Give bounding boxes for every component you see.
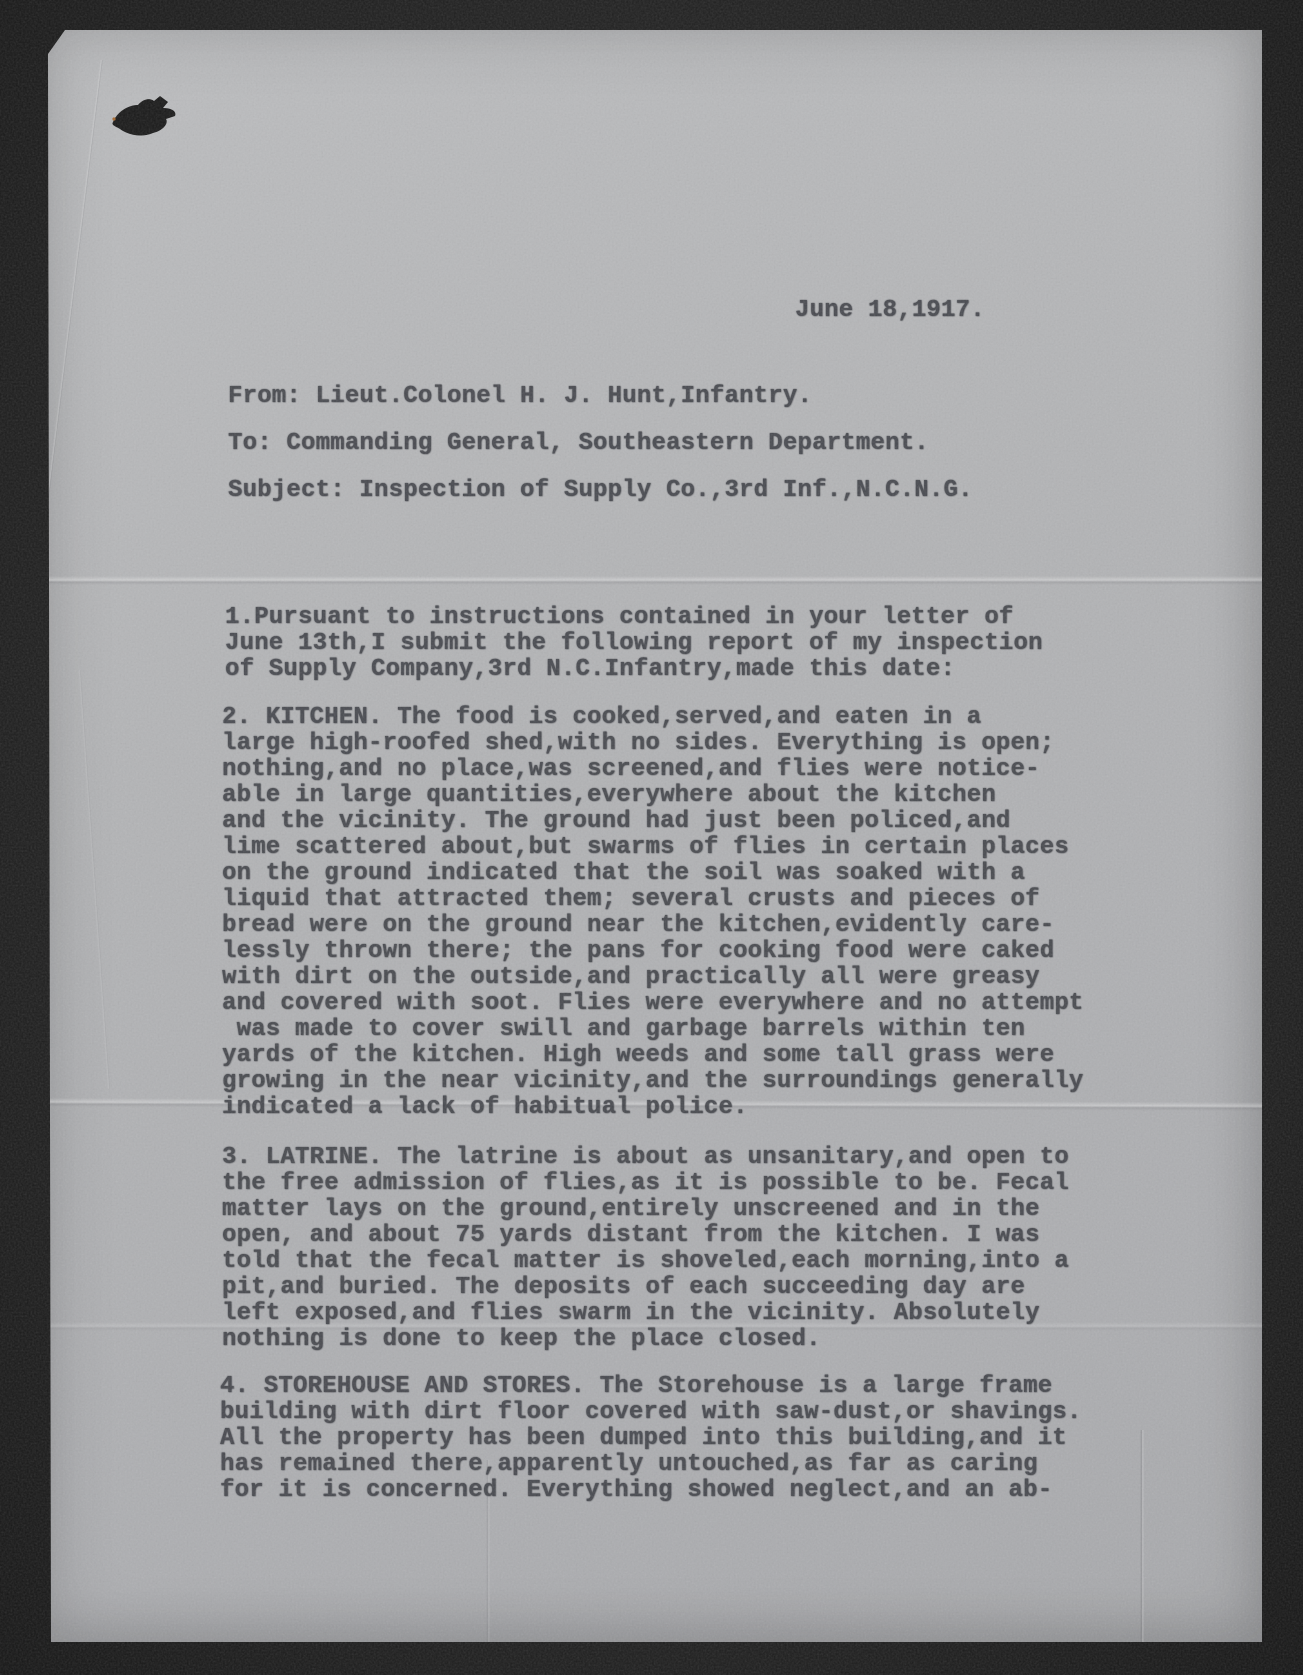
torn-hole: [110, 92, 188, 146]
paragraph-1: 1.Pursuant to instructions contained in …: [225, 605, 1043, 683]
paper-crease: [34, 60, 103, 596]
date-line: June 18,1917.: [795, 298, 985, 324]
fold-crease: [48, 576, 1262, 585]
document-page: June 18,1917. From: Lieut.Colonel H. J. …: [48, 30, 1262, 1642]
paragraph-3-latrine: 3. LATRINE. The latrine is about as unsa…: [222, 1145, 1069, 1353]
paragraph-4-storehouse: 4. STOREHOUSE AND STORES. The Storehouse…: [220, 1374, 1082, 1504]
paragraph-2-kitchen: 2. KITCHEN. The food is cooked,served,an…: [222, 705, 1084, 1121]
subject-line: Subject: Inspection of Supply Co.,3rd In…: [228, 478, 973, 504]
scan-background: June 18,1917. From: Lieut.Colonel H. J. …: [0, 0, 1303, 1675]
paper-crease: [1140, 1430, 1144, 1642]
paper-crease: [78, 670, 110, 1089]
from-line: From: Lieut.Colonel H. J. Hunt,Infantry.: [228, 384, 812, 410]
to-line: To: Commanding General, Southeastern Dep…: [228, 431, 929, 457]
